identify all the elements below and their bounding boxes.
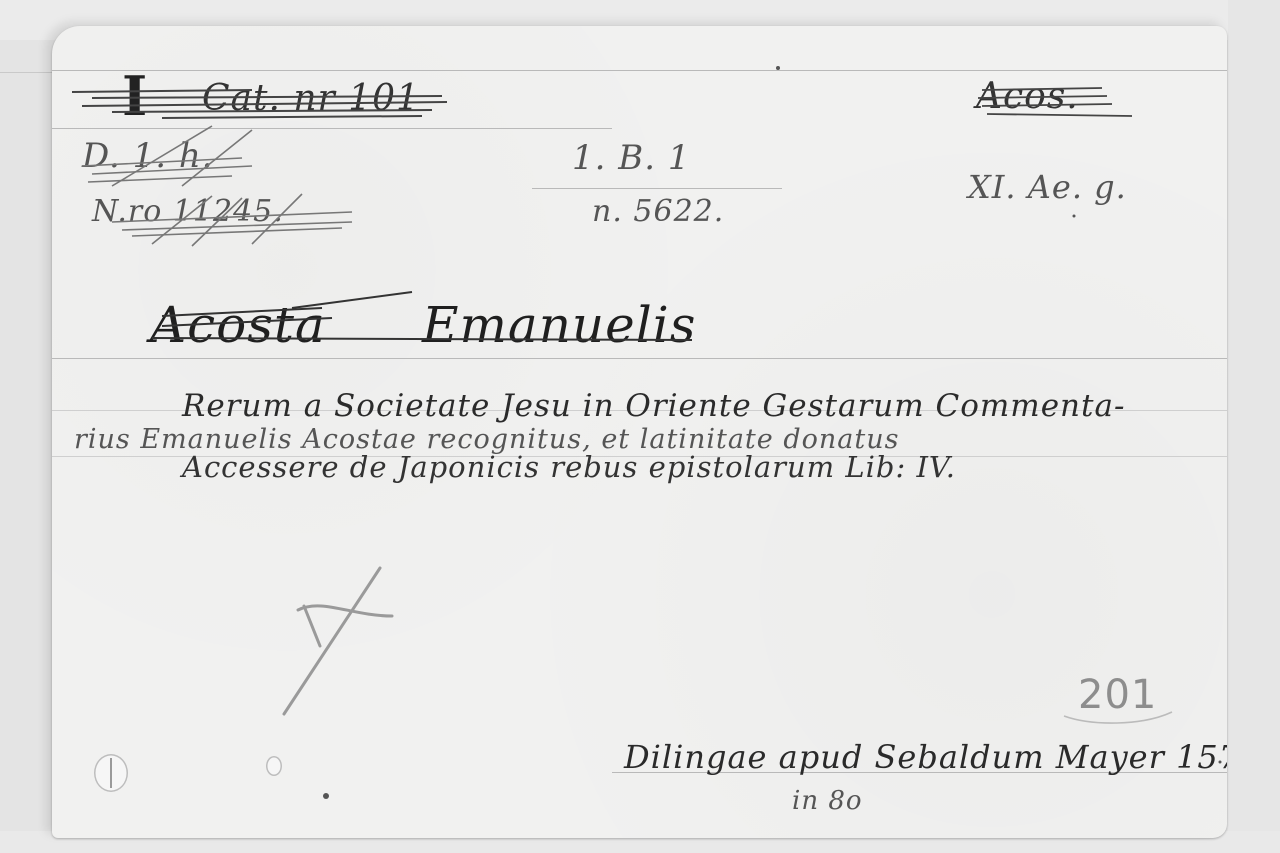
struck-shelfmark-line2: D. 1. h. [82,136,214,176]
author-surname: Acosta [150,296,326,354]
format-note: in 8o [792,786,863,816]
punch-hole-small [266,756,282,776]
center-shelfmark-line1: 1. B. 1 [572,138,690,178]
card-rule-center [532,188,782,189]
pencil-number: 201 [1078,672,1157,718]
punch-hole-slotted [94,754,128,792]
roman-numeral-mark: I [122,64,148,128]
center-shelfmark-line2: n. 5622. [592,194,724,229]
title-line-1: Rerum a Societate Jesu in Oriente Gestar… [182,388,1125,424]
struck-author-abbrev: Acos. [976,76,1079,117]
title-line-3: Accessere de Japonicis rebus epistolarum… [182,450,956,484]
shelfmark-right: XI. Ae. g. [968,168,1127,206]
struck-shelfmark-line3: N.ro 11245. [92,194,284,229]
card-rule-top [52,70,1227,71]
struck-catalog-number: Cat. nr 101 [202,78,420,119]
card-rule-1 [52,128,612,129]
card-rule-heading [52,358,1227,359]
author-forename: Emanuelis [422,296,696,354]
pencil-cross-mark [284,568,392,714]
background-rule [0,72,60,73]
scan-background-right [1228,0,1280,853]
catalog-card: I Cat. nr 101 D. 1. h. N.ro 11245. 1. B.… [52,26,1227,838]
imprint-line: Dilingae apud Sebaldum Mayer 1571. [624,738,1227,776]
